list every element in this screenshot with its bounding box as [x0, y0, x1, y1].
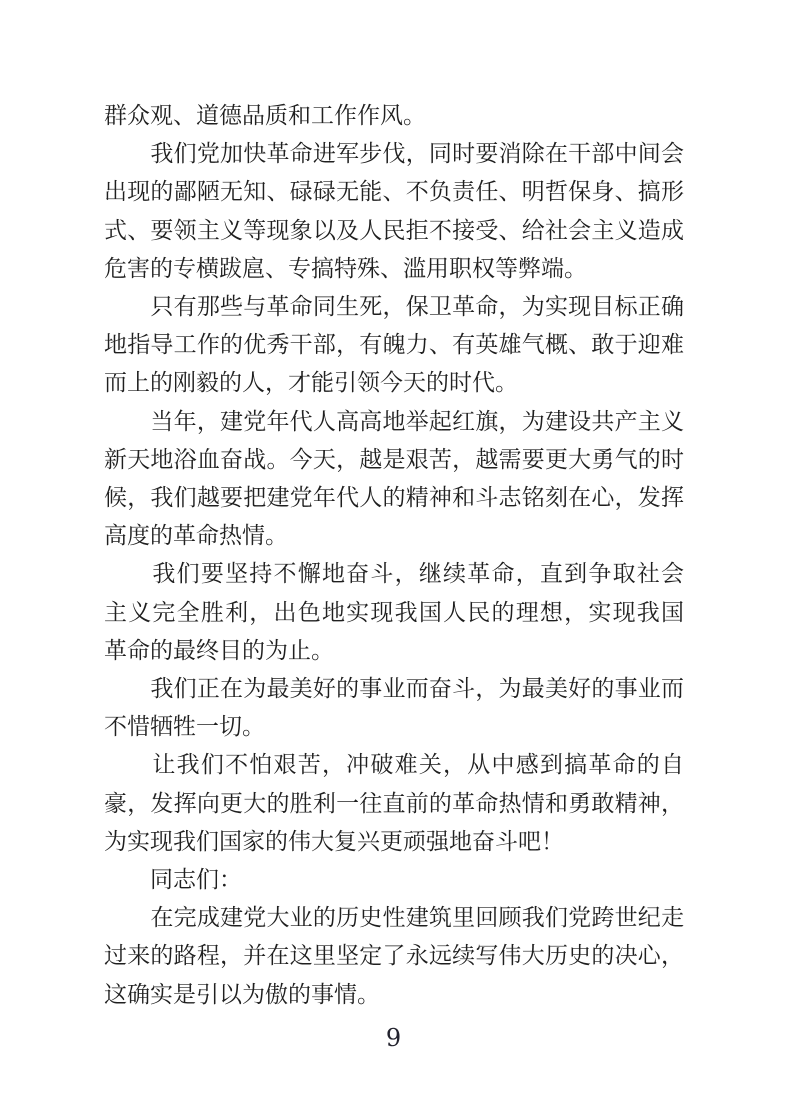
text-line: 我们要坚持不懈地奋斗，继续革命，直到争取社会 [104, 555, 684, 593]
text-line: 我们正在为最美好的事业而奋斗，为最美好的事业而 [104, 670, 684, 708]
text-line: 只有那些与革命同生死，保卫革命，为实现目标正确 [104, 288, 684, 326]
text-line: 当年，建党年代人高高地举起红旗，为建设共产主义 [104, 403, 684, 441]
text-line: 高度的革命热情。 [104, 517, 684, 555]
text-line: 为实现我们国家的伟大复兴更顽强地奋斗吧！ [104, 823, 684, 861]
text-line: 让我们不怕艰苦，冲破难关，从中感到搞革命的自 [104, 746, 684, 784]
document-page: 群众观、道德品质和工作作风。 我们党加快革命进军步伐，同时要消除在干部中间会 出… [0, 0, 787, 1118]
text-line: 出现的鄙陋无知、碌碌无能、不负责任、明哲保身、搞形 [104, 173, 684, 211]
text-line: 地指导工作的优秀干部，有魄力、有英雄气概、敢于迎难 [104, 326, 684, 364]
text-line: 式、要领主义等现象以及人民拒不接受、给社会主义造成 [104, 212, 684, 250]
page-number: 9 [0, 1022, 787, 1054]
text-line: 群众观、道德品质和工作作风。 [104, 97, 684, 135]
text-line: 我们党加快革命进军步伐，同时要消除在干部中间会 [104, 135, 684, 173]
text-block: 群众观、道德品质和工作作风。 我们党加快革命进军步伐，同时要消除在干部中间会 出… [104, 97, 684, 1014]
text-line: 豪，发挥向更大的胜利一往直前的革命热情和勇敢精神， [104, 785, 684, 823]
text-line: 过来的路程，并在这里坚定了永远续写伟大历史的决心， [104, 937, 684, 975]
text-line: 危害的专横跋扈、专搞特殊、滥用职权等弊端。 [104, 250, 684, 288]
text-line: 而上的刚毅的人，才能引领今天的时代。 [104, 364, 684, 402]
text-line: 不惜牺牲一切。 [104, 708, 684, 746]
text-line: 新天地浴血奋战。今天，越是艰苦，越需要更大勇气的时 [104, 441, 684, 479]
text-line: 主义完全胜利，出色地实现我国人民的理想，实现我国 [104, 594, 684, 632]
text-line: 这确实是引以为傲的事情。 [104, 976, 684, 1014]
text-line: 同志们： [104, 861, 684, 899]
text-line: 革命的最终目的为止。 [104, 632, 684, 670]
text-line: 在完成建党大业的历史性建筑里回顾我们党跨世纪走 [104, 899, 684, 937]
text-line: 候，我们越要把建党年代人的精神和斗志铭刻在心，发挥 [104, 479, 684, 517]
